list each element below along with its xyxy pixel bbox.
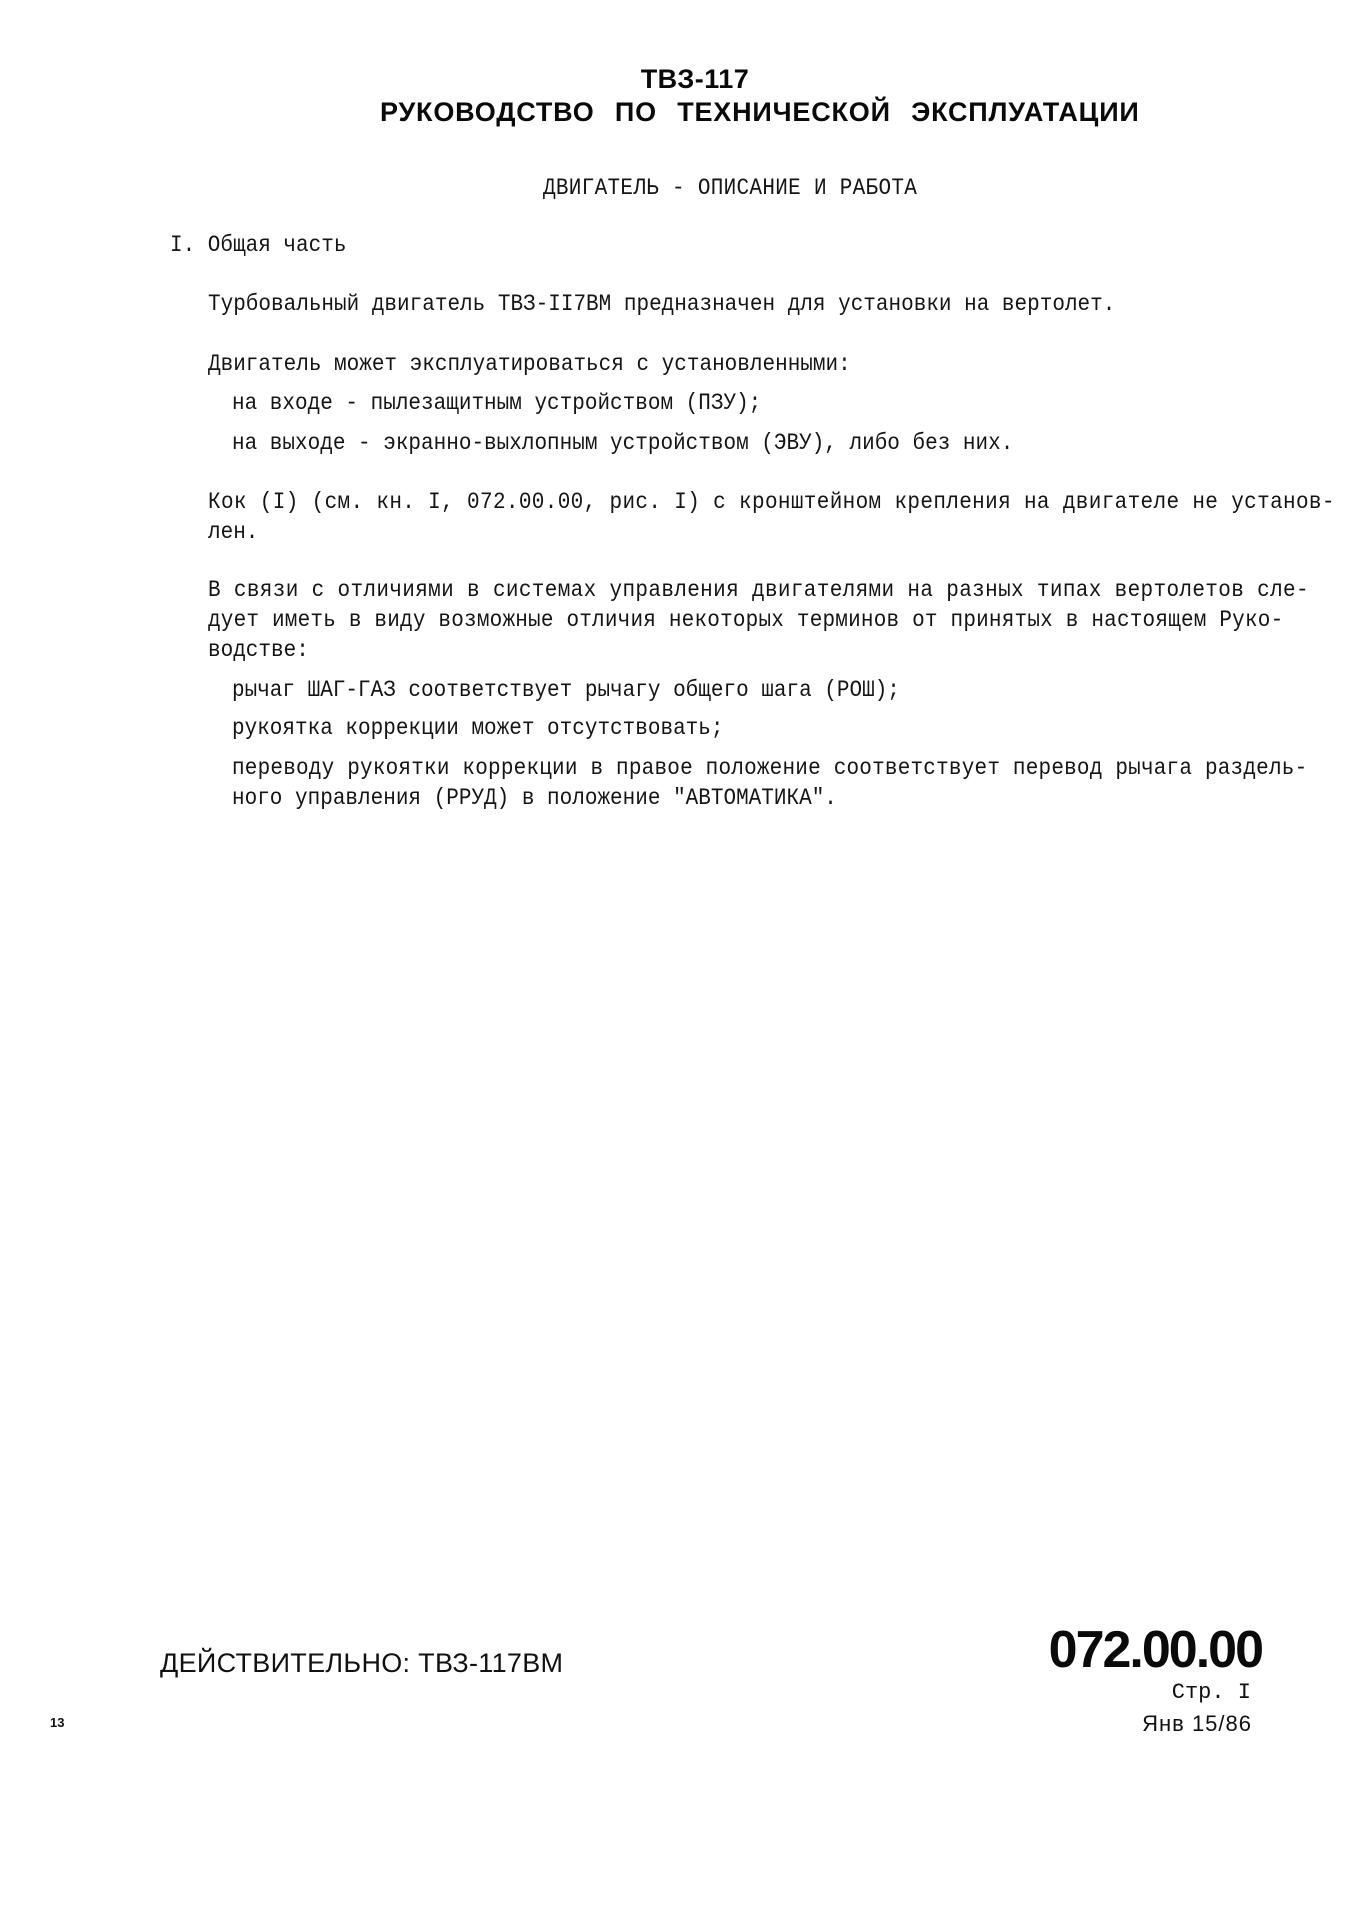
sheet-number: 13 [50, 1715, 64, 1730]
manual-code: ТВЗ-117 [0, 64, 1357, 95]
manual-title: РУКОВОДСТВО ПО ТЕХНИЧЕСКОЙ ЭКСПЛУАТАЦИИ [380, 97, 1140, 128]
list-item: рукоятка коррекции может отсутствовать; [232, 716, 723, 742]
paragraph-4-line: В связи с отличиями в системах управлени… [208, 578, 1309, 604]
paragraph-3-line: лен. [208, 520, 258, 546]
validity-note: ДЕЙСТВИТЕЛЬНО: ТВЗ-117ВМ [160, 1648, 563, 1679]
revision-date: Янв 15/86 [1142, 1711, 1252, 1737]
section-heading: I. Общая часть [170, 233, 346, 259]
paragraph-2: Двигатель может эксплуатироваться с уста… [208, 352, 851, 378]
document-page: ТВЗ-117 РУКОВОДСТВО ПО ТЕХНИЧЕСКОЙ ЭКСПЛ… [0, 0, 1357, 1920]
paragraph-1: Турбовальный двигатель ТВЗ-II7ВМ предназ… [208, 292, 1115, 318]
list-item-line: переводу рукоятки коррекции в правое пол… [232, 756, 1307, 782]
page-number: Стр. I [1172, 1680, 1251, 1705]
paragraph-3-line: Кок (I) (см. кн. I, 072.00.00, рис. I) с… [208, 490, 1335, 516]
paragraph-4-line: водстве: [208, 638, 309, 664]
paragraph-4-line: дует иметь в виду возможные отличия неко… [208, 608, 1283, 634]
list-item: рычаг ШАГ-ГАЗ соответствует рычагу общег… [232, 678, 900, 704]
section-title: ДВИГАТЕЛЬ - ОПИСАНИЕ И РАБОТА [543, 176, 917, 202]
document-number: 072.00.00 [1049, 1620, 1262, 1680]
list-item: на выходе - экранно-выхлопным устройство… [232, 431, 1013, 457]
list-item-line: ного управления (РРУД) в положение "АВТО… [232, 786, 837, 812]
list-item: на входе - пылезащитным устройством (ПЗУ… [232, 391, 761, 417]
